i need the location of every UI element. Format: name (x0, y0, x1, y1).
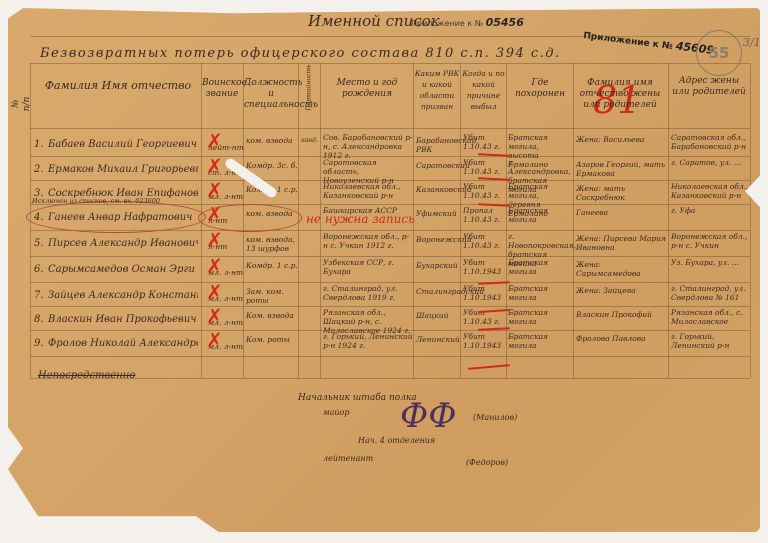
red-check-mark-icon: ✗ (206, 180, 223, 200)
col-header-num: № п/п (11, 96, 33, 112)
row-number: 7. (34, 290, 44, 301)
birth-place: Воронежская обл., р-н с. Учкин 1912 г. (323, 232, 413, 250)
relatives-name: Ганеева (576, 208, 666, 217)
birth-place: Рязанская обл., Шацкий р-н, с. Милославс… (323, 308, 413, 335)
row-number: 2. (34, 164, 44, 175)
birth-place: Николаевская обл., Казанковский р-н (323, 182, 413, 200)
conscription-office: Шацкий (416, 311, 460, 320)
col-header-name: Фамилия Имя отчество (38, 80, 198, 91)
burial-place: Братская могила (508, 308, 572, 326)
officer-position: ком. взвода, 13 шурфов (246, 235, 298, 253)
fate: Убит 1.10.43 г. (463, 182, 505, 200)
burial-place: Братская могила (508, 258, 572, 276)
conscription-office: Барабановский РВК (416, 136, 460, 154)
fate: Убит 1.10.1943 (463, 332, 505, 350)
red-check-mark-icon: ✗ (206, 330, 223, 350)
relatives-name: Жена: Васильева (576, 135, 666, 144)
signature-rank-2: лейтенант (323, 454, 373, 463)
fate: Убит 1.10.43 г. (463, 232, 505, 250)
fate: Убит 1.10.1943 (463, 258, 505, 276)
birth-place: Саратовская область, Новоузенский р-н (323, 158, 413, 185)
officer-name: Власкин Иван Прокофьевич (48, 314, 198, 325)
burial-place: Братская могила (508, 206, 572, 224)
page-fraction: 3/12 (743, 36, 760, 49)
col-header-rank: Воинское звание (202, 78, 242, 100)
row-number: 6. (34, 264, 44, 275)
footer-note: Непосредственно (38, 370, 135, 381)
relatives-address: Воронежская обл., р-н с. Учкин (671, 232, 749, 250)
archival-document: Именной список Безвозвратных потерь офиц… (8, 8, 760, 532)
col-header-birth: Место и год рождения (321, 78, 413, 100)
col-header-rvk: Каким РВК и какой области призван (414, 68, 460, 112)
row-number: 5. (34, 238, 44, 249)
signature-name-2: (Федоров) (466, 458, 508, 467)
officer-name: Бабаев Василий Георгиевич (48, 139, 198, 150)
officer-position: Ком. взвода (246, 311, 298, 320)
officer-position: Комдр. 3с. б. (246, 161, 298, 170)
relatives-name: Азаров Георгий, мать Ермакова (576, 160, 666, 178)
conscription-office: Саратовский (416, 161, 460, 170)
signature-title-1: Начальник штаба полка (298, 393, 417, 403)
birth-place: г. Сталинград, ул. Свердлова 1919 г. (323, 284, 413, 302)
handwritten-signature: ФФ (400, 396, 456, 436)
fate: Убит 1.10.1943 (463, 284, 505, 302)
col-header-burial: Где похоронен (507, 78, 573, 100)
relatives-name: Жена: Сарымсамедова (576, 260, 666, 278)
conscription-office: Уфимский (416, 209, 460, 218)
burial-place: Братская могила (508, 284, 572, 302)
col-header-relatives: Фамилия имя отчество жены или родителей (574, 78, 666, 111)
conscription-office: Ленинский (416, 335, 460, 344)
fate: Убит 1.10.43 г. (463, 158, 505, 176)
row4-annotation: Исключен из списков, см. вх. 023600 (32, 197, 160, 205)
document-subtitle: Безвозвратных потерь офицерского состава… (40, 46, 561, 61)
relatives-name: Власкин Прокофий (576, 310, 666, 319)
relatives-address: г. Сталинград, ул. Свердлова № 161 (671, 284, 749, 302)
fate: Пропал 1.10.43 г. (463, 206, 505, 224)
conscription-office: Казанковский (416, 185, 460, 194)
conscription-office: Бухарский (416, 261, 460, 270)
red-check-mark-icon: ✗ (206, 131, 223, 151)
attachment-stamp: Приложение к № 45609 (583, 28, 715, 57)
signature-rank-1: майор (323, 408, 350, 417)
signature-name-1: (Манилов) (473, 413, 517, 422)
officer-position: ком. взвода (246, 136, 298, 145)
conscription-office: Воронежский (416, 235, 460, 244)
fate: Убит 1.10.43 г. (463, 133, 505, 151)
officer-party: канд. (301, 136, 319, 145)
relatives-name: Жена: Пирсева Мария Ивановна (576, 234, 666, 252)
birth-place: Сов. Барабановский р-н, с. Александровка… (323, 133, 413, 160)
officer-name: Зайцев Александр Константинович (48, 290, 198, 301)
relatives-address: г. Уфа (671, 206, 749, 215)
officer-position: Комдр. 1 с.р. (246, 261, 298, 270)
red-check-mark-icon: ✗ (206, 256, 223, 276)
col-header-fate: Когда и по какой причине выбыл (461, 68, 506, 112)
officer-name: Пирсев Александр Иванович (48, 238, 198, 249)
conscription-office: Сталинградский (416, 287, 460, 296)
birth-place: г. Горький, Ленинский р-н 1924 г. (323, 332, 413, 350)
red-check-mark-icon: ✗ (206, 230, 223, 250)
red-annotation: не нужна запись (306, 212, 415, 226)
annotation-oval-position (198, 204, 302, 232)
officer-name: Фролов Николай Александрович (48, 338, 198, 349)
relatives-address: Рязанская обл., с. Милославское (671, 308, 749, 326)
relatives-address: г. Горький, Ленинский р-н (671, 332, 749, 350)
col-header-position: Должность и специальность (244, 78, 298, 111)
red-check-mark-icon: ✗ (206, 282, 223, 302)
red-check-mark-icon: ✗ (206, 156, 223, 176)
officer-position: Ком. роты (246, 335, 298, 344)
row-number: 9. (34, 338, 44, 349)
row-number: 1. (34, 139, 44, 150)
annotation-oval (26, 201, 206, 233)
officer-name: Сарымсамедов Осман Эрги (48, 264, 198, 275)
officer-position: Зам. ком. роты (246, 287, 298, 305)
col-header-party: Партийность (304, 81, 315, 111)
relatives-name: Жена: Зайцева (576, 286, 666, 295)
officer-name: Ермаков Михаил Григорьевич (48, 164, 198, 175)
relatives-address: г. Саратов, ул. ... (671, 158, 749, 167)
relatives-name: Жена: мать Соскребнюк (576, 184, 666, 202)
red-check-mark-icon: ✗ (206, 306, 223, 326)
burial-place: Братская могила (508, 332, 572, 350)
birth-place: Узбекская ССР, г. Бухара (323, 258, 413, 276)
relatives-address: Саратовская обл., Барабановский р-н (671, 133, 749, 151)
relatives-name: Фролова Павлова (576, 334, 666, 343)
row-number: 8. (34, 314, 44, 325)
relatives-address: Уз. Бухара, ул. ... (671, 258, 749, 267)
archive-stamp: Приложение к № 05456 (411, 16, 524, 29)
relatives-address: Николаевская обл., Казанковский р-н (671, 182, 749, 200)
signature-title-2: Нач. 4 отделения (358, 436, 435, 445)
col-header-address: Адрес жены или родителей (669, 76, 749, 98)
